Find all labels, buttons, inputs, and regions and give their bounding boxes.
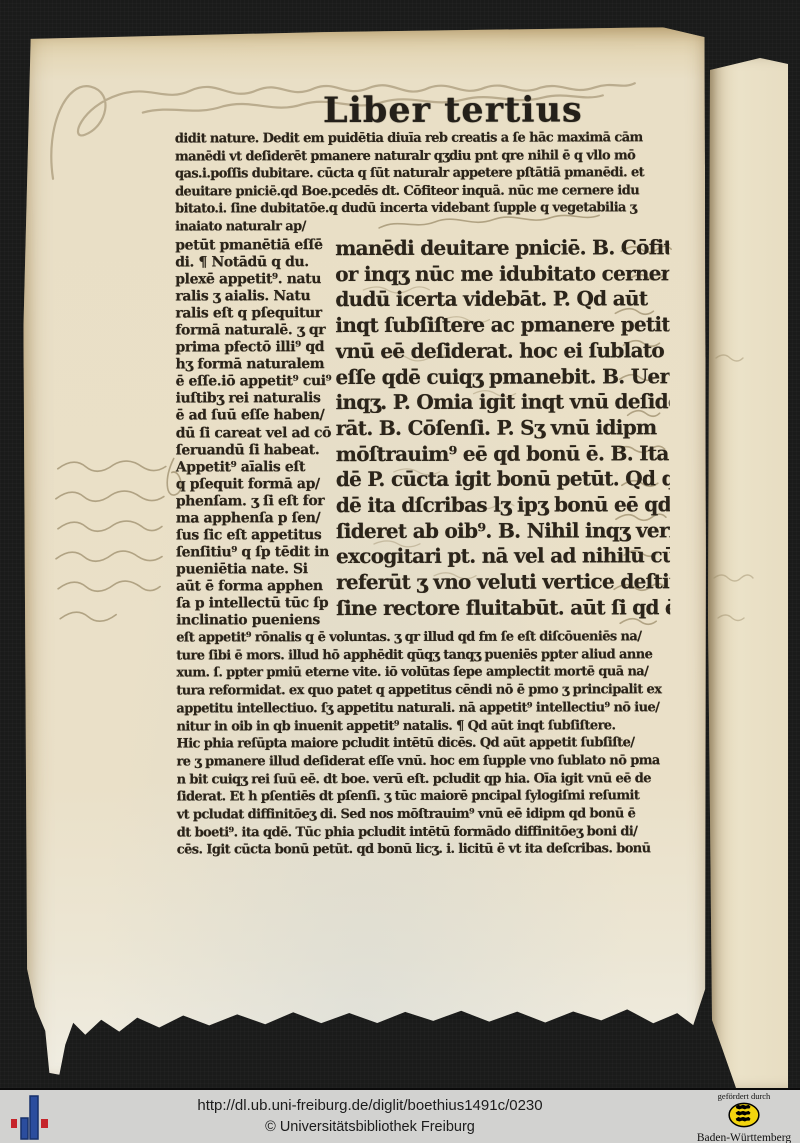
text-line: referūt ʒ vno veluti vertice deſtituta bbox=[336, 569, 670, 596]
text-line: ſeruandū ſi habeat. bbox=[176, 442, 334, 459]
text-line: ralis eſt q pſequitur bbox=[175, 305, 333, 322]
text-line: dē P. cūcta igit bonū petūt. Qd q/ bbox=[336, 467, 670, 494]
gutter-marginalia bbox=[706, 58, 788, 1088]
source-url: http://dl.ub.uni-freiburg.de/diglit/boet… bbox=[0, 1097, 740, 1114]
copyright-line: © Universitätsbibliothek Freiburg bbox=[0, 1119, 740, 1135]
footer-bar: http://dl.ub.uni-freiburg.de/diglit/boet… bbox=[0, 1088, 800, 1143]
text-line: Hic phia reſūpta maiore pcludit intētū d… bbox=[176, 734, 668, 753]
page-title: Liber tertius bbox=[263, 89, 643, 131]
left-margin-gloss bbox=[58, 461, 166, 471]
text-line: ſus ſic eſt appetitus bbox=[176, 527, 334, 544]
text-line: rāt. B. Cōſenſi. P. Sʒ vnū idipm bbox=[336, 415, 670, 442]
intro-paragraph: didit nature. Dedit em puidētia diuīa re… bbox=[175, 129, 657, 236]
funding-credit: gefördert durch Baden-Württemberg bbox=[694, 1091, 794, 1143]
text-line: mōſtrauim⁹ eē qd bonū ē. B. Ita q bbox=[336, 441, 670, 468]
funder-name: Baden-Württemberg bbox=[694, 1132, 794, 1143]
text-line: cēs. Igit cūcta bonū petūt. qd bonū licʒ… bbox=[177, 841, 669, 860]
text-line: ma apphenſa p ſen/ bbox=[176, 510, 334, 527]
text-line: phenſam. ʒ ſi eſt for bbox=[176, 493, 334, 510]
text-line: manēdi deuitare pniciē. B. Cōfite bbox=[335, 235, 669, 262]
text-line: ture ſibi ē mors. illud hō apphēdit qūqʒ… bbox=[176, 646, 668, 665]
text-line: inclinatio pueniens bbox=[176, 612, 334, 629]
text-line: inqʒ. P. Omia igit inqt vnū deſide bbox=[336, 389, 670, 416]
text-line: inqt ſubſiſtere ac pmanere petit. id bbox=[335, 312, 669, 339]
left-margin-gloss bbox=[56, 491, 164, 501]
text-line: ſine rectore fluitabūt. aūt ſi qd ē ad bbox=[336, 595, 670, 622]
text-line: ē ad ſuū eſſe haben/ bbox=[176, 408, 334, 425]
text-line: di. ¶ Notādū q du. bbox=[175, 254, 333, 271]
book-page: Liber tertius didit nature. Dedit em pui… bbox=[23, 27, 708, 1077]
commentary-bottom-block: eſt appetit⁹ rōnalis q ē voluntas. ʒ qr … bbox=[176, 628, 669, 859]
text-line: re ʒ pmanere illud deſiderat eſſe vnū. h… bbox=[177, 752, 669, 771]
text-line: ſenſitiu⁹ q ſp tēdit in bbox=[176, 544, 334, 561]
text-line: eſſe qdē cuiqʒ pmanebit. B. Uerū ē bbox=[336, 364, 670, 391]
left-margin-gloss bbox=[58, 581, 160, 591]
text-line: inaiato naturalr ap/ bbox=[175, 217, 657, 236]
text-line: pueniētia nate. Si bbox=[176, 561, 334, 578]
text-line: qas.i.poſſis dubitare. cūcta q ſūt natur… bbox=[175, 164, 657, 183]
left-margin-gloss bbox=[60, 612, 116, 621]
left-margin-gloss bbox=[58, 521, 162, 531]
text-line: q pſequit formā ap/ bbox=[176, 476, 334, 493]
text-line: appetitu intellectiuo. ſʒ appetitu natur… bbox=[176, 699, 668, 718]
text-line: hʒ formā naturalem bbox=[175, 356, 333, 373]
text-line: ralis ʒ aialis. Natu bbox=[175, 288, 333, 305]
text-line: dū ſi careat vel ad cō bbox=[176, 425, 334, 442]
left-margin-gloss bbox=[56, 551, 162, 561]
text-line: tura reformidat. ex quo patet q appetitu… bbox=[176, 681, 668, 700]
text-line: dudū icerta videbāt. P. Qd aūt bbox=[335, 287, 669, 314]
text-line: ſideret ab oib⁹. B. Nihil inqʒ veri⁹ bbox=[336, 518, 670, 545]
text-line: iuſtibʒ rei naturalis bbox=[176, 391, 334, 408]
text-line: or inqʒ nūc me idubitato cernere q bbox=[335, 261, 669, 288]
text-line: didit nature. Dedit em puidētia diuīa re… bbox=[175, 129, 657, 148]
main-text-column: manēdi deuitare pniciē. B. Cōfiteor inqʒ… bbox=[335, 235, 670, 621]
scan-area: Liber tertius didit nature. Dedit em pui… bbox=[0, 0, 800, 1088]
text-line: bitato.i. ſine dubitatōe.q dudū incerta … bbox=[175, 200, 657, 219]
text-line: dē ita dſcribas lʒ ipʒ bonū eē qd de bbox=[336, 492, 670, 519]
text-line: plexē appetit⁹. natu bbox=[175, 271, 333, 288]
text-line: xum. ſ. ppter pmiū eterne vite. iō volūt… bbox=[176, 664, 668, 683]
text-line: ſa p intellectū tūc ſp bbox=[176, 595, 334, 612]
text-line: prima pfectō illi⁹ qd bbox=[175, 339, 333, 356]
text-line: n bit cuiqʒ rei ſuū eē. dt boe. verū eſt… bbox=[177, 770, 669, 789]
text-line: Appetit⁹ aīalis eſt bbox=[176, 459, 334, 476]
text-line: aūt ē forma apphen bbox=[176, 578, 334, 595]
commentary-left-column: petūt pmanētiā eſſēdi. ¶ Notādū q du.ple… bbox=[175, 237, 334, 629]
text-line: formā naturalē. ʒ qr bbox=[175, 322, 333, 339]
text-line: vnū eē deſiderat. hoc ei ſublato nec bbox=[335, 338, 669, 365]
text-line: petūt pmanētiā eſſē bbox=[175, 237, 333, 254]
text-line: vt pcludat diffinitōeʒ di. Sed nos mōſtr… bbox=[177, 805, 669, 824]
baden-wuerttemberg-coat-of-arms-icon bbox=[724, 1102, 764, 1128]
text-line: ē eſſe.iō appetit⁹ cui⁹ bbox=[176, 373, 334, 390]
text-line: excogitari pt. nā vel ad nihilū cūcta bbox=[336, 544, 670, 571]
text-line: eſt appetit⁹ rōnalis q ē voluntas. ʒ qr … bbox=[176, 628, 668, 647]
funded-by-label: gefördert durch bbox=[694, 1091, 794, 1101]
text-line: deuitare pniciē.qd Boe.pcedēs dt. Cōfite… bbox=[175, 182, 657, 201]
text-line: ſiderat. Et h pſentiēs dt pſenſi. ʒ tūc … bbox=[177, 788, 669, 807]
adjacent-page-edge bbox=[706, 58, 788, 1088]
text-line: manēdi vt deſiderēt pmanere naturalr qʒd… bbox=[175, 147, 657, 166]
text-line: nitur in oib in qb inuenit appetit⁹ nata… bbox=[176, 717, 668, 736]
text-line: dt boeti⁹. ita qdē. Tūc phia pcludit int… bbox=[177, 823, 669, 842]
